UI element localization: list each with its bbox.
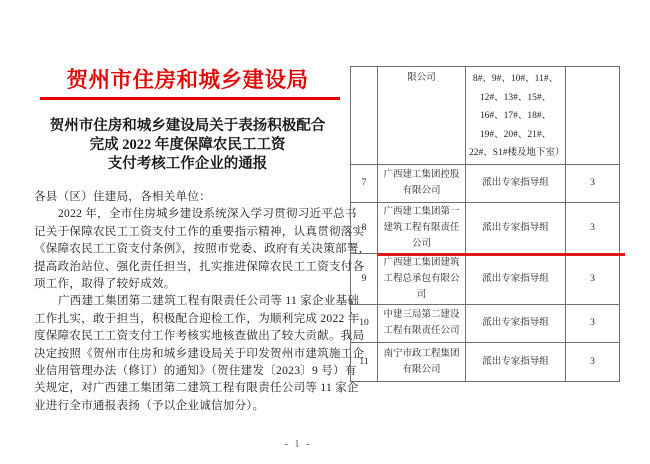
company-cell: 广西建工集团控股有限公司 (378, 164, 466, 202)
body-line: 2022 年，全市住房城乡建设系统深入学习贯彻习近平总书 (34, 206, 342, 223)
row-no-cell: 9 (351, 253, 378, 304)
row-no-cell (351, 67, 378, 165)
score-cell: 3 (566, 164, 620, 202)
results-table: 限公司 8#、9#、10#、11#、12#、13#、15#、16#、17#、18… (350, 66, 620, 382)
company-cell: 中建三局第二建设工程有限责任公司 (378, 304, 466, 342)
score-cell: 3 (566, 202, 620, 253)
company-cell: 广西建工集团第一建筑工程有限责任公司 (378, 202, 466, 253)
score-cell: 3 (566, 304, 620, 342)
body-line: 工作扎实，敢于担当，积极配合迎检工作，为顺利完成 2022 年 (34, 311, 342, 328)
table-row: 10 中建三局第二建设工程有限责任公司 派出专家指导组 3 (351, 304, 620, 342)
body-line: 业信用管理办法（修订）的通知》（贺住建发〔2023〕9 号）有 (34, 363, 342, 380)
table-row: 8 广西建工集团第一建筑工程有限责任公司 派出专家指导组 3 (351, 202, 620, 253)
agency-masthead: 贺州市住房和城乡建设局 (35, 63, 340, 94)
row-no-cell: 11 (351, 342, 378, 381)
body-line: 业进行全市通报表扬（予以企业诚信加分）。 (34, 398, 342, 415)
company-cell: 广西建工集团建筑工程总承包有限公司 (378, 253, 466, 304)
score-cell: 3 (566, 253, 620, 304)
row-no-cell: 10 (351, 304, 378, 342)
body-line: 决定按照《贺州市住房和城乡建设局关于印发贺州市建筑施工企 (34, 346, 342, 363)
masthead-divider (40, 97, 340, 100)
remark-cell: 8#、9#、10#、11#、12#、13#、15#、16#、17#、18#、19… (466, 67, 566, 165)
table-row: 7 广西建工集团控股有限公司 派出专家指导组 3 (351, 164, 620, 202)
document-title-line: 支付考核工作企业的通报 (33, 155, 342, 174)
body-line: 《保障农民工工资支付条例》，按照市党委、政府有关决策部署， (34, 241, 342, 258)
document-title: 贺州市住房和城乡建设局关于表扬积极配合 完成 2022 年度保障农民工工资 支付… (33, 117, 342, 174)
document-title-line: 完成 2022 年度保障农民工工资 (33, 136, 342, 155)
score-cell: 3 (566, 342, 620, 381)
remark-cell: 派出专家指导组 (466, 164, 566, 202)
body-line: 项工作，取得了较好成效。 (34, 276, 342, 293)
body-line: 关规定，对广西建工集团第二建筑工程有限责任公司等 11 家企 (34, 380, 342, 397)
remark-cell: 派出专家指导组 (466, 253, 566, 304)
table-row: 9 广西建工集团建筑工程总承包有限公司 派出专家指导组 3 (351, 253, 620, 304)
body-line: 记关于保障农民工工资支付工作的重要指示精神，认真贯彻落实 (34, 224, 342, 241)
row-no-cell: 7 (351, 164, 378, 202)
red-underline-annotation (377, 253, 625, 256)
salutation: 各县（区）住建局，各相关单位： (34, 189, 342, 206)
remark-cell: 派出专家指导组 (466, 202, 566, 253)
document-page: 贺州市住房和城乡建设局 贺州市住房和城乡建设局关于表扬积极配合 完成 2022 … (0, 0, 650, 464)
body-line: 提高政治站位、强化责任担当，扎实推进保障农民工工资支付各 (34, 259, 342, 276)
table-row: 限公司 8#、9#、10#、11#、12#、13#、15#、16#、17#、18… (351, 67, 620, 165)
remark-cell: 派出专家指导组 (466, 304, 566, 342)
score-cell (566, 67, 620, 165)
table-row: 11 南宁市政工程集团有限公司 派出专家指导组 3 (351, 342, 620, 381)
company-cell: 南宁市政工程集团有限公司 (378, 342, 466, 381)
body-line: 广西建工集团第二建筑工程有限责任公司等 11 家企业基础 (34, 293, 342, 310)
document-title-line: 贺州市住房和城乡建设局关于表扬积极配合 (33, 117, 342, 136)
body-line: 度保障农民工工资支付工作考核实地核查做出了较大贡献。我局 (34, 328, 342, 345)
row-no-cell: 8 (351, 202, 378, 253)
remark-cell: 派出专家指导组 (466, 342, 566, 381)
page-number: - 1 - (263, 439, 333, 450)
document-body: 各县（区）住建局，各相关单位： 2022 年，全市住房城乡建设系统深入学习贯彻习… (34, 189, 342, 415)
company-cell: 限公司 (378, 67, 466, 165)
